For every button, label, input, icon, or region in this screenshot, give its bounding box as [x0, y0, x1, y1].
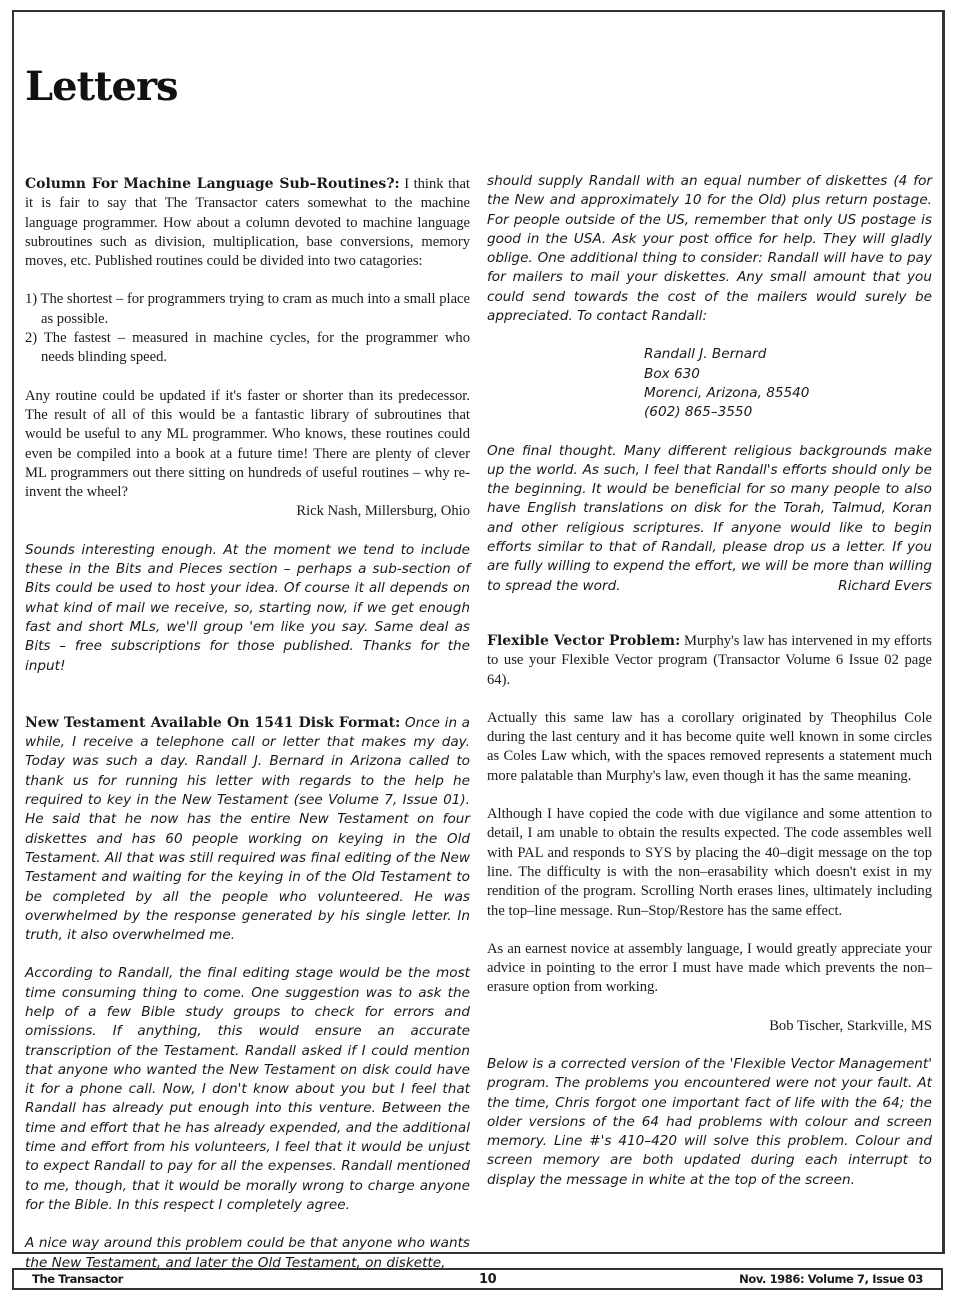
letter-signature: Richard Evers: [838, 577, 932, 596]
page-footer: The Transactor 10 Nov. 1986: Volume 7, I…: [12, 1268, 943, 1290]
list-item: 1) The shortest – for programmers trying…: [25, 290, 470, 329]
letter-new-testament-continued: should supply Randall with an equal numb…: [487, 172, 932, 596]
letter-heading: Flexible Vector Problem:: [487, 633, 680, 649]
letter-new-testament: New Testament Available On 1541 Disk For…: [25, 714, 470, 1273]
letter-paragraph: Actually this same law has a corollary o…: [487, 709, 932, 786]
letter-paragraph: As an earnest novice at assembly languag…: [487, 940, 932, 998]
editor-reply: Below is a corrected version of the 'Fle…: [487, 1055, 932, 1190]
letter-paragraph: Flexible Vector Problem: Murphy's law ha…: [487, 632, 932, 690]
letter-paragraph: Column For Machine Language Sub–Routines…: [25, 175, 470, 271]
letter-paragraph: New Testament Available On 1541 Disk For…: [25, 714, 470, 946]
letter-ml-subroutines: Column For Machine Language Sub–Routines…: [25, 175, 470, 676]
letter-signature: Rick Nash, Millersburg, Ohio: [25, 502, 470, 521]
letter-paragraph-text: One final thought. Many different religi…: [487, 443, 932, 594]
contact-address: Randall J. Bernard Box 630 Morenci, Ariz…: [644, 345, 932, 422]
footer-issue: Nov. 1986: Volume 7, Issue 03: [739, 1272, 923, 1286]
letter-paragraph: Although I have copied the code with due…: [487, 805, 932, 921]
editor-reply: Sounds interesting enough. At the moment…: [25, 541, 470, 676]
letter-flexible-vector: Flexible Vector Problem: Murphy's law ha…: [487, 632, 932, 1190]
footer-publication: The Transactor: [32, 1272, 123, 1286]
letter-heading: New Testament Available On 1541 Disk For…: [25, 715, 400, 731]
letter-paragraph: According to Randall, the final editing …: [25, 964, 470, 1215]
letter-heading: Column For Machine Language Sub–Routines…: [25, 176, 400, 192]
address-line: (602) 865–3550: [644, 403, 932, 422]
letter-body: Any routine could be updated if it's fas…: [25, 387, 470, 503]
letter-signature: Bob Tischer, Starkville, MS: [487, 1017, 932, 1036]
address-line: Box 630: [644, 365, 932, 384]
right-column: should supply Randall with an equal numb…: [487, 172, 932, 1190]
page-title: Letters: [25, 63, 178, 110]
letter-intro-text: Once in a while, I receive a telephone c…: [25, 715, 470, 943]
letter-paragraph: One final thought. Many different religi…: [487, 442, 932, 596]
left-column: Column For Machine Language Sub–Routines…: [25, 175, 470, 1273]
letter-paragraph: should supply Randall with an equal numb…: [487, 172, 932, 326]
footer-page-number: 10: [479, 1272, 496, 1287]
address-line: Randall J. Bernard: [644, 345, 932, 364]
address-line: Morenci, Arizona, 85540: [644, 384, 932, 403]
list-item: 2) The fastest – measured in machine cyc…: [25, 329, 470, 368]
